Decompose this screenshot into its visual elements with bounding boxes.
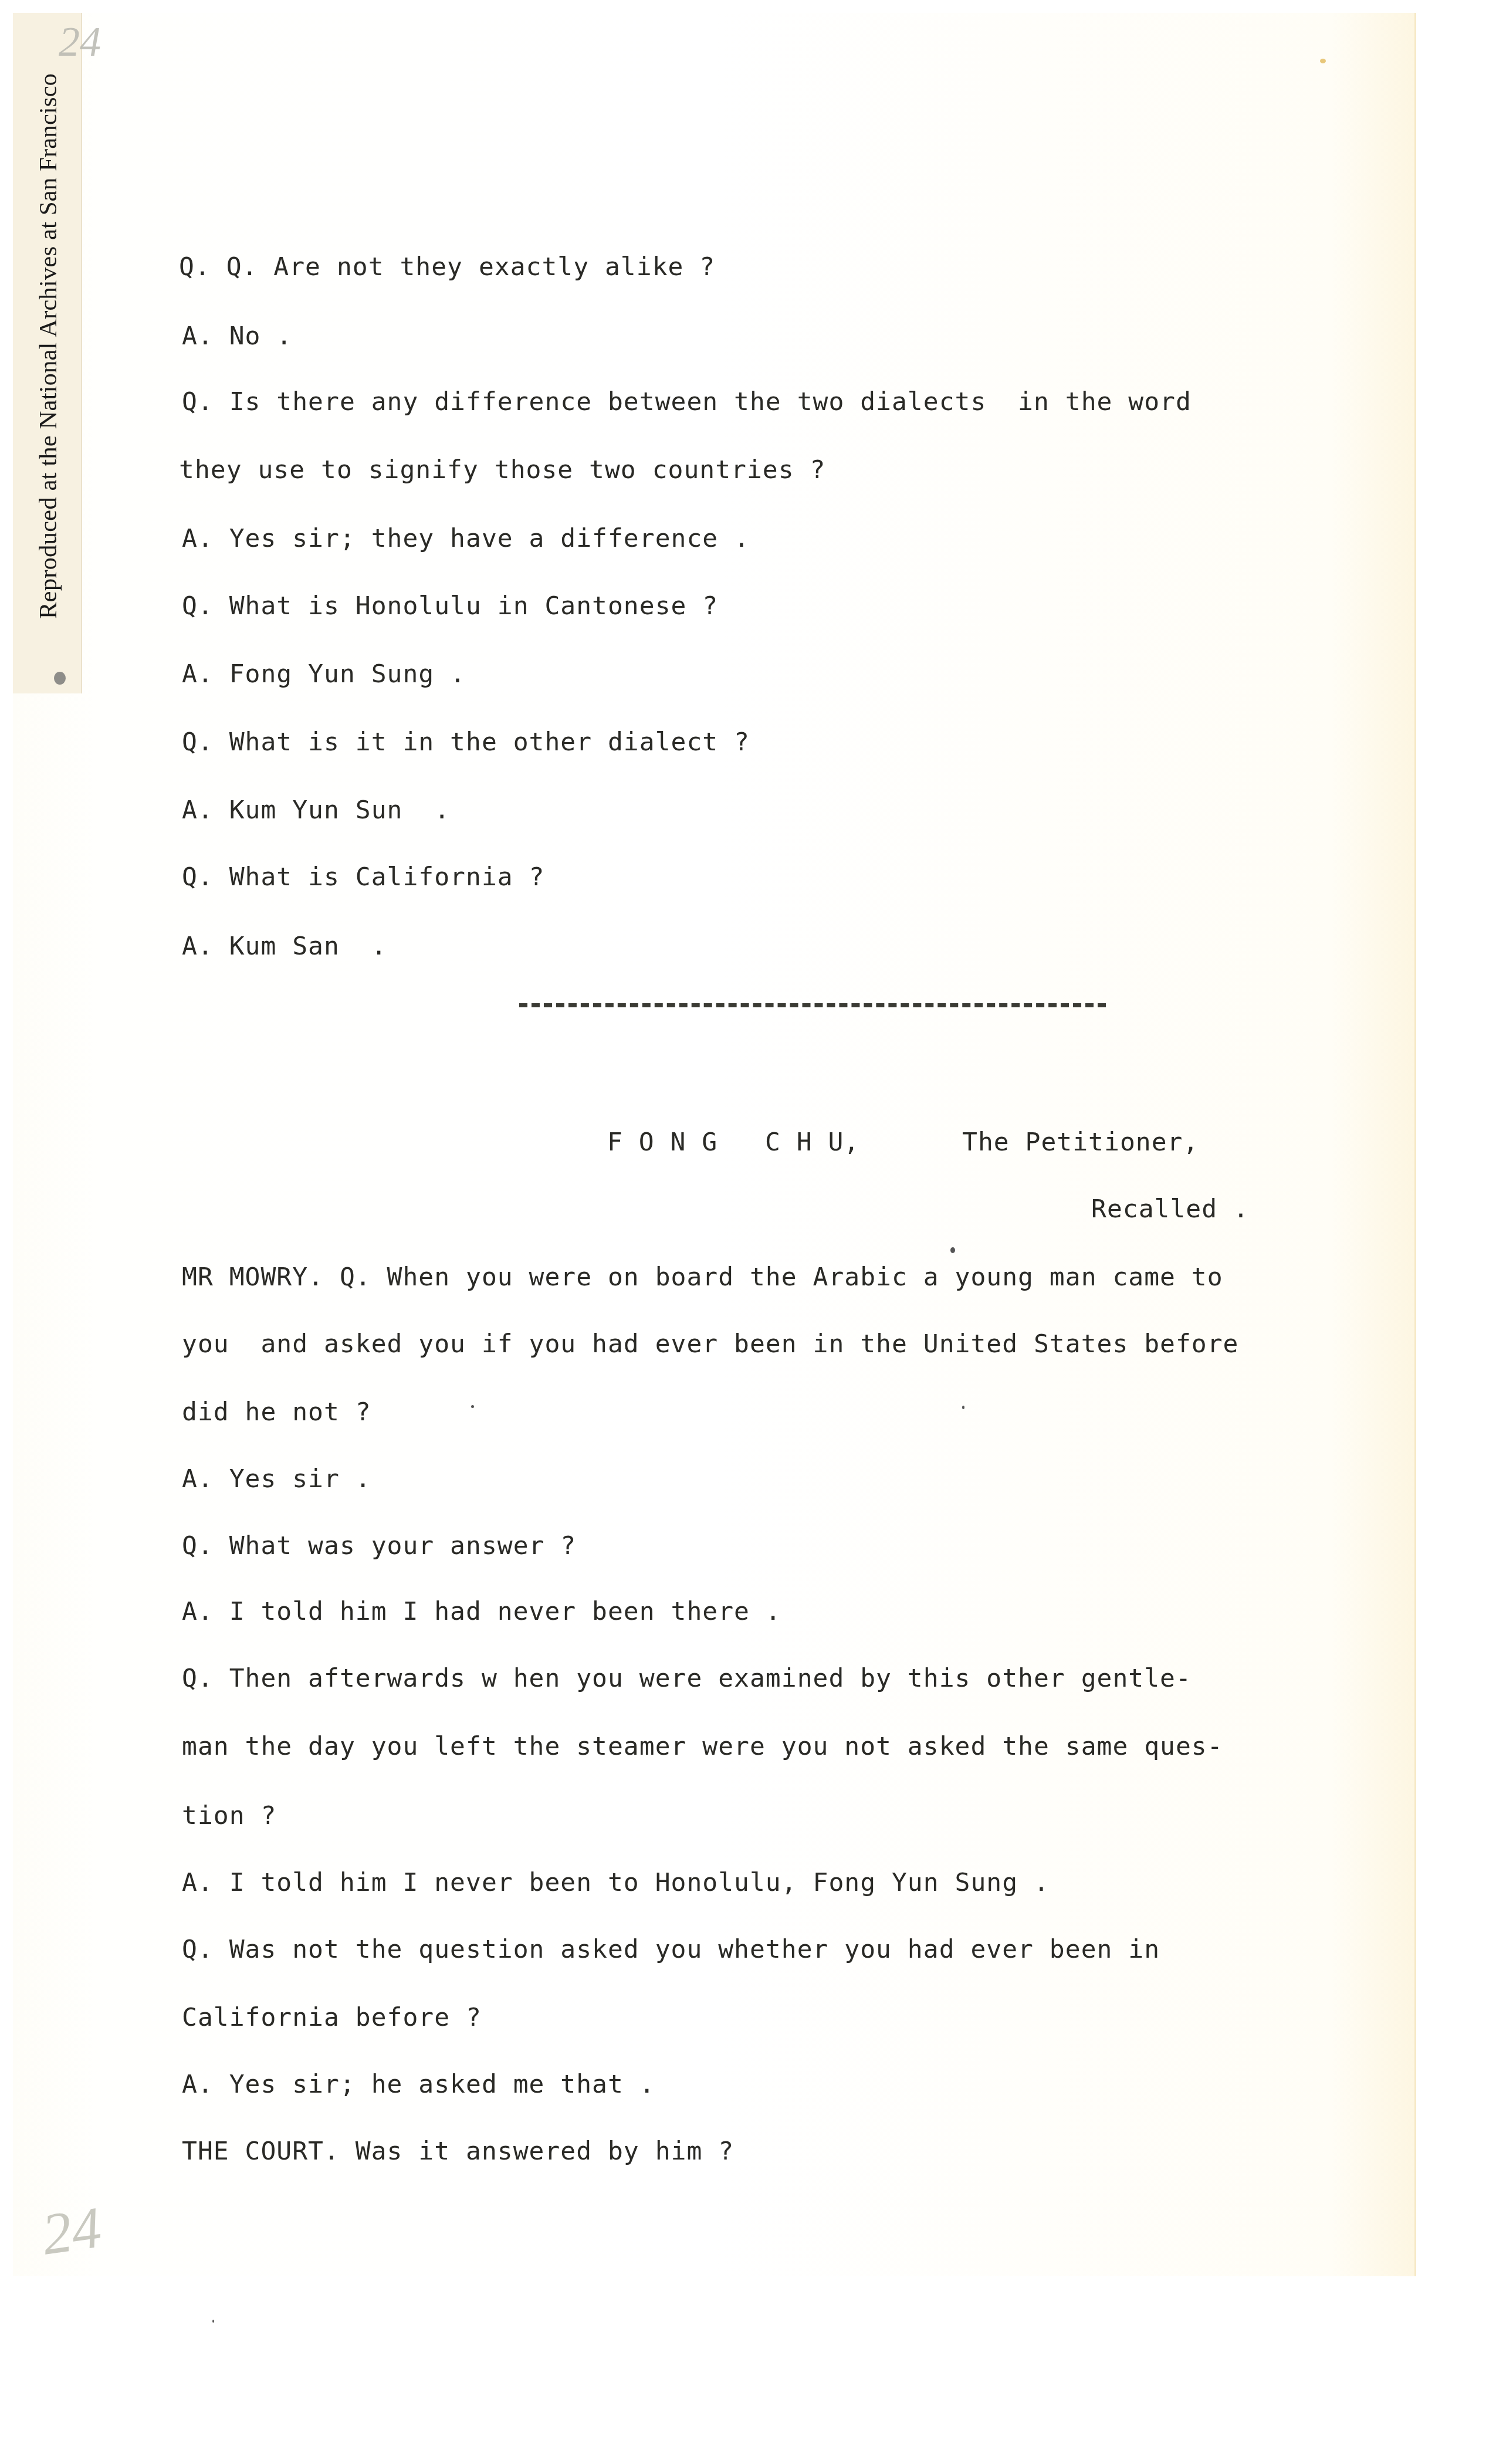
transcript-line: they use to signify those two countries … — [179, 455, 825, 485]
witness-status: Recalled . — [1091, 1194, 1249, 1224]
transcript-line: A. Kum Yun Sun . — [182, 796, 450, 825]
transcript-line: A. I told him I had never been there . — [182, 1597, 781, 1626]
witness-role: The Petitioner, — [962, 1128, 1199, 1157]
scan-speck — [950, 1247, 955, 1253]
transcript-line: Q. Then afterwards w hen you were examin… — [182, 1664, 1192, 1693]
transcript-line: man the day you left the steamer were yo… — [182, 1732, 1223, 1761]
transcript-line: Q. Q. Are not they exactly alike ? — [179, 252, 715, 282]
transcript-line: A. Yes sir; they have a difference . — [182, 524, 750, 553]
transcript-line: A. Yes sir . — [182, 1464, 371, 1494]
transcript-line: A. Kum San . — [182, 932, 387, 961]
transcript-line: you and asked you if you had ever been i… — [182, 1329, 1239, 1359]
transcript-line: A. Fong Yun Sung . — [182, 659, 466, 689]
archive-label: Reproduced at the National Archives at S… — [34, 73, 63, 619]
scan-speck — [212, 2320, 214, 2323]
transcript-line: Q. What is Honolulu in Cantonese ? — [182, 591, 718, 621]
scan-speck — [471, 1405, 474, 1408]
transcript-line: Q. What is it in the other dialect ? — [182, 727, 750, 757]
transcript-line: California before ? — [182, 2003, 482, 2032]
section-divider — [519, 1003, 1106, 1007]
scan-speck — [962, 1406, 964, 1409]
transcript-line: Q. Is there any difference between the t… — [182, 387, 1192, 417]
transcript-line: did he not ? — [182, 1397, 371, 1427]
pencil-page-number-bottom: 24 — [38, 2194, 105, 2269]
transcript-line: A. No . — [182, 321, 292, 351]
witness-name: F O N G C H U, — [607, 1128, 859, 1157]
transcript-line: A. Yes sir; he asked me that . — [182, 2070, 655, 2099]
transcript-line: Q. What was your answer ? — [182, 1531, 576, 1561]
transcript-line: Q. What is California ? — [182, 862, 544, 892]
pencil-page-number-top: 24 — [59, 18, 101, 66]
transcript-line: MR MOWRY. Q. When you were on board the … — [182, 1263, 1223, 1292]
transcript-line: THE COURT. Was it answered by him ? — [182, 2137, 734, 2166]
transcript-line: tion ? — [182, 1801, 276, 1830]
clip-mark-icon — [54, 672, 66, 685]
transcript-line: A. I told him I never been to Honolulu, … — [182, 1868, 1050, 1897]
transcript-line: Q. Was not the question asked you whethe… — [182, 1935, 1160, 1964]
scan-speck — [1320, 59, 1326, 63]
